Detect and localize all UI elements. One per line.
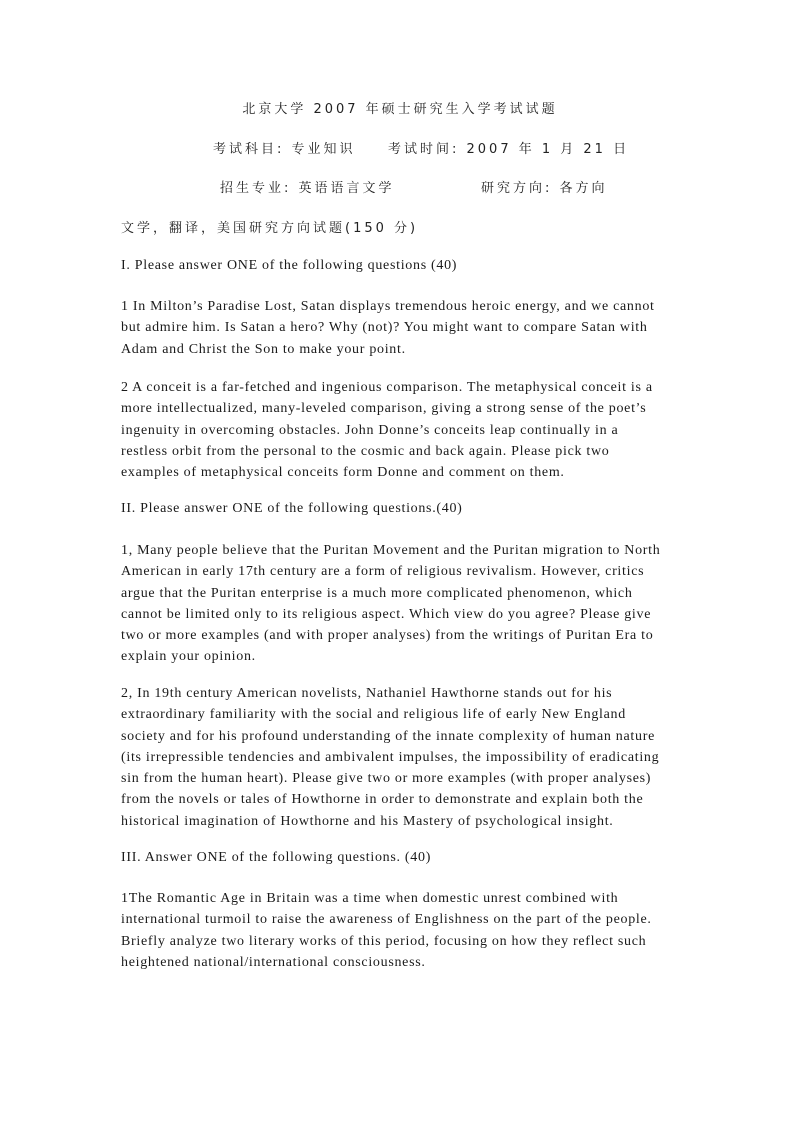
question-line: heightened national/international consci… xyxy=(121,952,681,973)
exam-page: 北京大学 2007 年硕士研究生入学考试试题 考试科目: 专业知识 考试时间: … xyxy=(0,0,800,1124)
question-1-1: 1 In Milton’s Paradise Lost, Satan displ… xyxy=(121,296,681,360)
question-line: argue that the Puritan enterprise is a m… xyxy=(121,583,681,604)
exam-subject: 考试科目: 专业知识 xyxy=(213,138,356,157)
section-heading-3: III. Answer ONE of the following questio… xyxy=(121,849,431,867)
question-line: 1, Many people believe that the Puritan … xyxy=(121,540,681,561)
question-line: sin from the human heart). Please give t… xyxy=(121,768,681,789)
question-2-2: 2, In 19th century American novelists, N… xyxy=(121,683,681,832)
section-heading-2: II. Please answer ONE of the following q… xyxy=(121,500,463,518)
question-line: society and for his profound understandi… xyxy=(121,726,681,747)
question-line: explain your opinion. xyxy=(121,646,681,667)
exam-major: 招生专业: 英语语言文学 xyxy=(220,177,395,196)
question-line: 1The Romantic Age in Britain was a time … xyxy=(121,888,681,909)
question-line: Briefly analyze two literary works of th… xyxy=(121,931,681,952)
section-title: 文学，翻译，美国研究方向试题(150 分) xyxy=(121,217,418,236)
question-line: more intellectualized, many-leveled comp… xyxy=(121,398,681,419)
question-line: 1 In Milton’s Paradise Lost, Satan displ… xyxy=(121,296,681,317)
question-line: two or more examples (and with proper an… xyxy=(121,625,681,646)
exam-direction: 研究方向: 各方向 xyxy=(481,177,608,196)
exam-title: 北京大学 2007 年硕士研究生入学考试试题 xyxy=(0,98,800,117)
question-line: Adam and Christ the Son to make your poi… xyxy=(121,339,681,360)
question-line: ingenuity in overcoming obstacles. John … xyxy=(121,420,681,441)
question-line: examples of metaphysical conceits form D… xyxy=(121,462,681,483)
question-2-1: 1, Many people believe that the Puritan … xyxy=(121,540,681,668)
question-1-2: 2 A conceit is a far-fetched and ingenio… xyxy=(121,377,681,483)
question-line: historical imagination of Howthorne and … xyxy=(121,811,681,832)
question-line: restless orbit from the personal to the … xyxy=(121,441,681,462)
question-line: 2 A conceit is a far-fetched and ingenio… xyxy=(121,377,681,398)
question-3-1: 1The Romantic Age in Britain was a time … xyxy=(121,888,681,973)
question-line: from the novels or tales of Howthorne in… xyxy=(121,789,681,810)
question-line: but admire him. Is Satan a hero? Why (no… xyxy=(121,317,681,338)
section-heading-1: I. Please answer ONE of the following qu… xyxy=(121,257,457,275)
question-line: extraordinary familiarity with the socia… xyxy=(121,704,681,725)
question-line: 2, In 19th century American novelists, N… xyxy=(121,683,681,704)
question-line: international turmoil to raise the aware… xyxy=(121,909,681,930)
exam-time: 考试时间: 2007 年 1 月 21 日 xyxy=(388,138,629,157)
question-line: American in early 17th century are a for… xyxy=(121,561,681,582)
question-line: cannot be limited only to its religious … xyxy=(121,604,681,625)
question-line: (its irrepressible tendencies and ambiva… xyxy=(121,747,681,768)
